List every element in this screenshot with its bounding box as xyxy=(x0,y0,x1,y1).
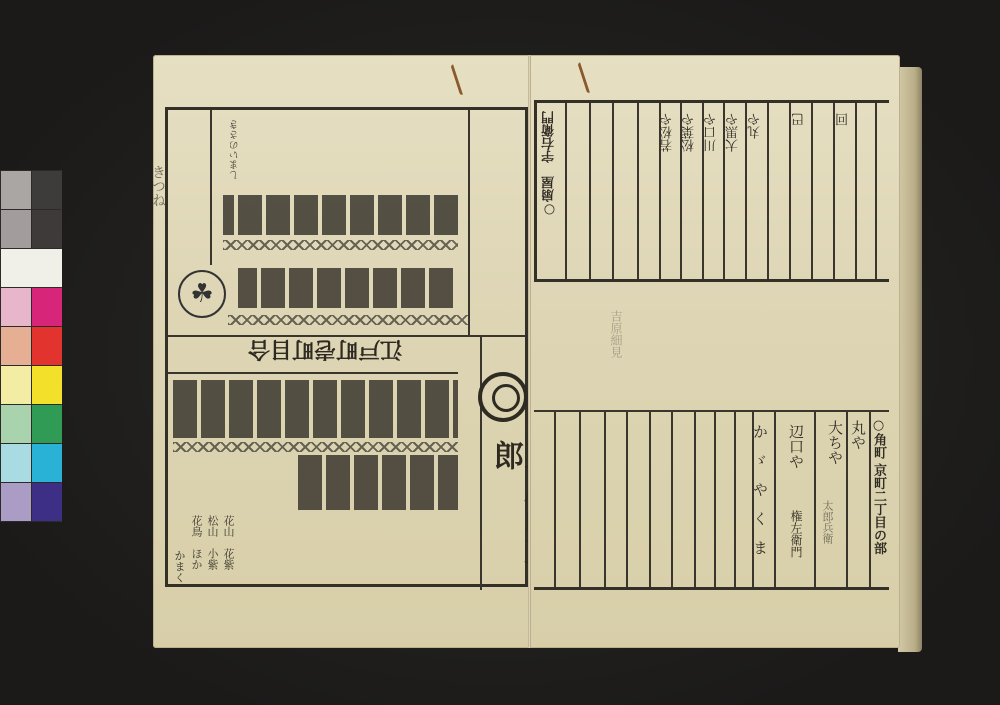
divider xyxy=(734,410,736,587)
color-patch xyxy=(1,210,31,248)
bottom-table-note: 権左衛門 xyxy=(790,510,802,558)
divider xyxy=(554,410,556,587)
edge-note: きつね xyxy=(151,165,165,207)
color-calibration-chart xyxy=(0,170,62,522)
color-patch xyxy=(1,483,31,521)
divider xyxy=(723,103,725,279)
color-patch xyxy=(32,366,62,404)
top-table-cell: 川口や xyxy=(705,113,718,152)
divider xyxy=(833,103,835,279)
divider xyxy=(480,335,482,590)
divider xyxy=(789,103,791,279)
color-patch xyxy=(32,171,62,209)
right-top-table: ○扇屋 宇右衛門 若松や 松葉や 川口や 大黒や 丸や 巴 回 xyxy=(534,100,889,282)
top-table-cell: 松葉や xyxy=(683,113,696,152)
divider xyxy=(671,410,673,587)
color-patch xyxy=(1,249,62,287)
bleed-through-text: 吉原細見 xyxy=(610,310,622,358)
color-patch xyxy=(1,444,31,482)
divider xyxy=(774,410,776,587)
divider xyxy=(589,103,591,279)
bottom-table-cell: 大ちや xyxy=(827,420,842,465)
top-table-cell: 巴 xyxy=(793,113,806,126)
binding-thread xyxy=(577,60,595,93)
footer-note: かまく xyxy=(174,550,185,583)
color-patch xyxy=(1,171,31,209)
color-patch xyxy=(32,405,62,443)
color-patch xyxy=(1,288,31,326)
street-header: 江戸町壱町目合 xyxy=(248,338,402,360)
color-patch xyxy=(32,210,62,248)
left-page: きつね ☘ しまいのさき 江戸町壱町目合 玉屋山三郎 花山 花紫 松山 小紫 花 xyxy=(153,55,530,648)
divider xyxy=(811,103,813,279)
courtesan-names-row-1 xyxy=(223,195,458,235)
bottom-table-cell: 丸や xyxy=(850,420,865,450)
color-patch xyxy=(32,288,62,326)
top-rank-names xyxy=(173,380,458,438)
bottom-table-cell: かゞやくま xyxy=(752,424,767,569)
divider xyxy=(767,103,769,279)
top-table-cell: 若松や xyxy=(661,113,674,152)
divider xyxy=(612,103,614,279)
family-crest-icon: ☘ xyxy=(178,270,226,318)
divider xyxy=(855,103,857,279)
divider xyxy=(637,103,639,279)
divider xyxy=(168,372,458,374)
binding-thread xyxy=(450,62,468,95)
zigzag-ornament xyxy=(173,442,458,452)
right-bottom-table: ○角町 京町二丁目の部 丸や 大ちや 太郎兵衛 辺口や 権左衛門 かゞやくま xyxy=(534,410,889,590)
divider xyxy=(604,410,606,587)
zigzag-ornament xyxy=(228,315,468,325)
top-table-header: ○扇屋 宇右衛門 xyxy=(543,111,556,217)
divider xyxy=(579,410,581,587)
divider xyxy=(626,410,628,587)
divider xyxy=(694,410,696,587)
top-table-cell: 大黒や xyxy=(727,113,740,152)
divider xyxy=(814,410,816,587)
divider xyxy=(745,103,747,279)
left-print-frame: ☘ しまいのさき 江戸町壱町目合 玉屋山三郎 花山 花紫 松山 小紫 花鳥 ほか… xyxy=(165,107,528,587)
divider xyxy=(714,410,716,587)
small-notes: しまいのさき xyxy=(228,120,243,180)
color-patch xyxy=(32,327,62,365)
divider xyxy=(468,110,470,335)
color-patch xyxy=(32,444,62,482)
house-mark-icon xyxy=(478,372,528,422)
divider xyxy=(875,103,877,279)
second-rank-names xyxy=(298,455,458,510)
bottom-table-header: ○角町 京町二丁目の部 xyxy=(872,418,885,555)
top-table-cell: 丸や xyxy=(749,113,762,139)
divider xyxy=(210,110,212,265)
courtesan-names-row-2 xyxy=(238,268,453,308)
color-patch xyxy=(1,405,31,443)
color-patch xyxy=(1,366,31,404)
color-patch xyxy=(32,483,62,521)
divider xyxy=(565,103,567,279)
page-stack-edge xyxy=(898,67,922,652)
open-book: きつね ☘ しまいのさき 江戸町壱町目合 玉屋山三郎 花山 花紫 松山 小紫 花 xyxy=(150,55,925,655)
divider xyxy=(649,410,651,587)
top-table-cell: 回 xyxy=(837,113,850,126)
color-patch xyxy=(1,327,31,365)
right-page: ○扇屋 宇右衛門 若松や 松葉や 川口や 大黒や 丸や 巴 回 吉原細見 xyxy=(530,55,900,648)
bottom-table-note: 太郎兵衛 xyxy=(822,500,833,544)
zigzag-ornament xyxy=(223,240,458,250)
lower-notes: 花山 花紫 松山 小紫 花鳥 ほか xyxy=(188,515,236,585)
bottom-table-cell: 辺口や xyxy=(788,424,803,469)
divider xyxy=(846,410,848,587)
